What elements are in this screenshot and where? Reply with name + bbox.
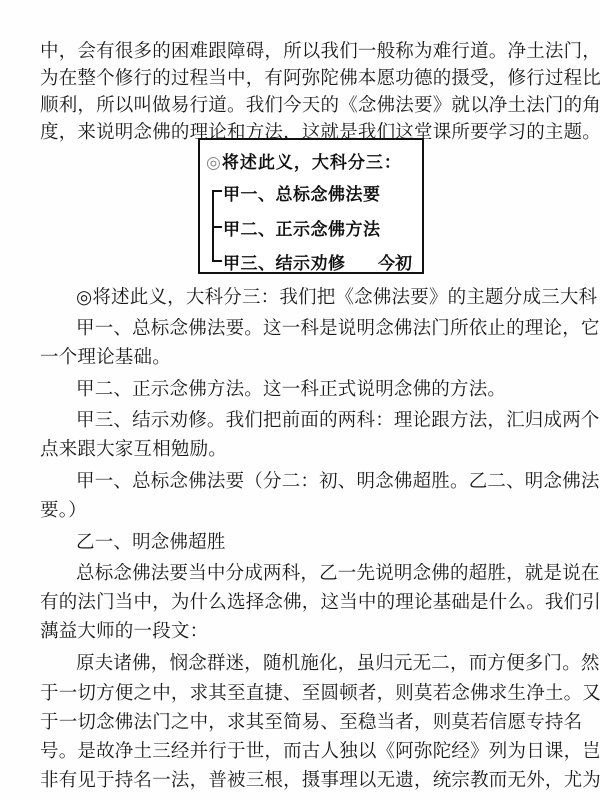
outline-tag: 今初 (378, 249, 412, 274)
double-circle-icon: ◎ (206, 153, 222, 173)
text-line: ◎将述此义，大科分三：我们把《念佛法要》的主题分成三大科： (76, 284, 600, 311)
text-line: 为在整个修行的过程当中，有阿弥陀佛本愿功德的摄受，修行过程比较 (40, 65, 570, 92)
text-line: 号。是故净土三经并行于世，而古人独以《阿弥陀经》列为日课，岂 (40, 738, 570, 765)
outline-box: ◎将述此义，大科分三： 甲一、总标念佛法要 甲二、正示念佛方法 甲三、结示劝修 … (198, 138, 424, 274)
text-line: 有的法门当中，为什么选择念佛，这当中的理论基础是什么。我们引用 (40, 589, 570, 616)
text-line: 甲二、正示念佛方法。这一科正式说明念佛的方法。 (76, 376, 600, 403)
text-line: 非有见于持名一法，普被三根，摄事理以无遗，统宗教而无外，尤为 (40, 767, 570, 794)
text-line: 一个理论基础。 (40, 344, 570, 371)
text-line: 要。） (40, 497, 570, 524)
outline-title: ◎将述此义，大科分三： (206, 148, 402, 173)
text-line: 顺利，所以叫做易行道。我们今天的《念佛法要》就以净土法门的角 (40, 92, 570, 119)
outline-item: 甲三、结示劝修 (223, 249, 346, 274)
text-line: 中，会有很多的困难跟障碍，所以我们一般称为难行道。净土法门，因 (40, 38, 570, 65)
text-line: 甲三、结示劝修。我们把前面的两科：理论跟方法，汇归成两个重 (76, 407, 600, 434)
text-line: 蕅益大师的一段文： (40, 618, 570, 645)
text-line: 甲一、总标念佛法要。这一科是说明念佛法门所依止的理论，它的 (76, 315, 600, 342)
bracket-tick (212, 260, 222, 262)
text-line: 总标念佛法要当中分成两科，乙一先说明念佛的超胜，就是说在所 (76, 560, 600, 587)
text-line: 于一切方便之中，求其至直捷、至圆顿者，则莫若念佛求生净土。又 (40, 680, 570, 707)
text-line: 点来跟大家互相勉励。 (40, 436, 570, 463)
outline-item: 甲二、正示念佛方法 (223, 215, 381, 240)
bracket-tick (212, 190, 222, 192)
text-line: 原夫诸佛，悯念群迷，随机施化，虽归元无二，而方便多门。然 (76, 650, 600, 677)
text-line: 于一切念佛法门之中，求其至简易、至稳当者，则莫若信愿专持名 (40, 709, 570, 736)
bracket-tick (212, 226, 222, 228)
text-line: 甲一、总标念佛法要（分二：初、明念佛超胜。乙二、明念佛法 (76, 468, 600, 495)
document-page: 中，会有很多的困难跟障碍，所以我们一般称为难行道。净土法门，因 为在整个修行的过… (0, 0, 600, 800)
text-line: 乙一、明念佛超胜 (76, 529, 600, 556)
outline-item: 甲一、总标念佛法要 (223, 180, 381, 205)
